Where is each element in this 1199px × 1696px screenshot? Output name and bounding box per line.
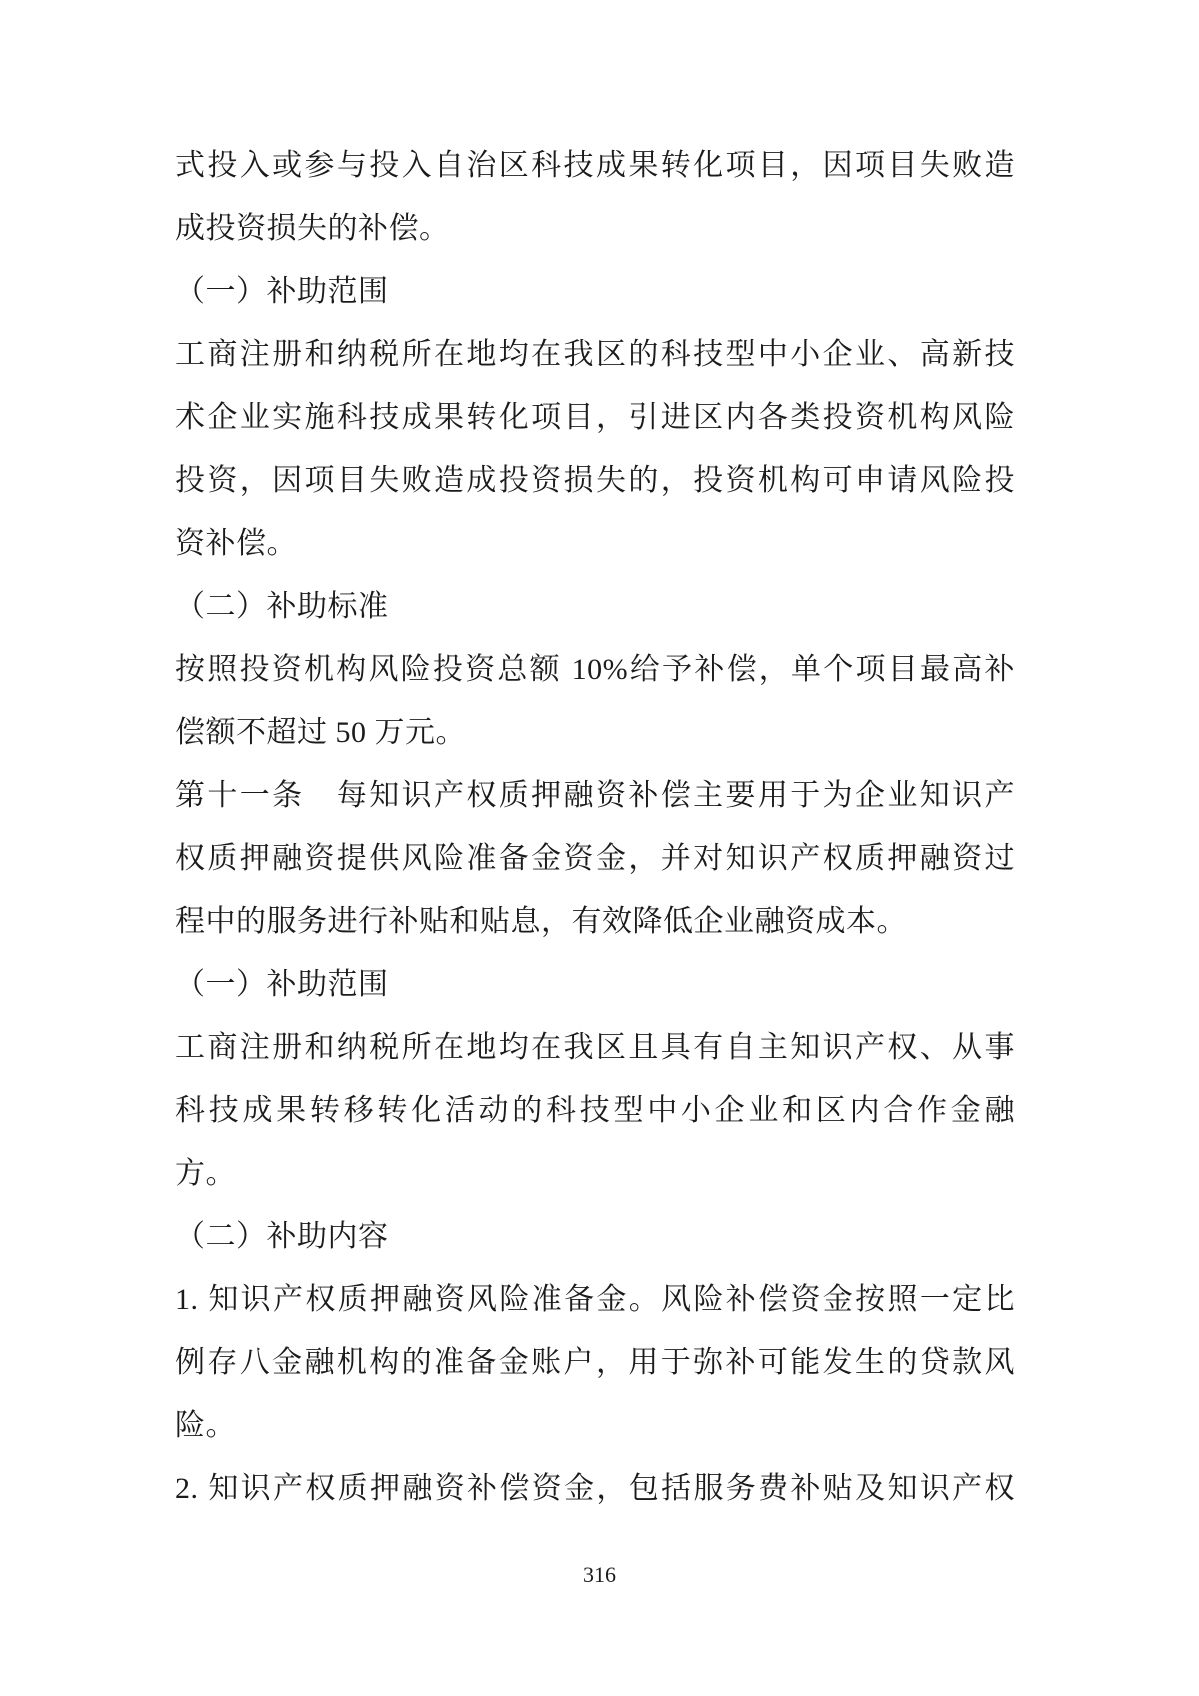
text-line: 工商注册和纳税所在地均在我区的科技型中小企业、高新技 [175, 323, 1015, 386]
text-line: 工商注册和纳税所在地均在我区且具有自主知识产权、从事 [175, 1016, 1015, 1079]
text-line: 1. 知识产权质押融资风险准备金。风险补偿资金按照一定比 [175, 1268, 1015, 1331]
text-line: 术企业实施科技成果转化项目，引进区内各类投资机构风险 [175, 386, 1015, 449]
text-line: （二）补助标准 [175, 575, 1015, 638]
text-line: 式投入或参与投入自治区科技成果转化项目，因项目失败造 [175, 134, 1015, 197]
text-line: 程中的服务进行补贴和贴息，有效降低企业融资成本。 [175, 890, 1015, 953]
text-line: 例存八金融机构的准备金账户，用于弥补可能发生的贷款风 [175, 1331, 1015, 1394]
text-line: （二）补助内容 [175, 1205, 1015, 1268]
text-line: 投资，因项目失败造成投资损失的，投资机构可申请风险投 [175, 449, 1015, 512]
page-number: 316 [0, 1562, 1199, 1588]
text-line: 偿额不超过 50 万元。 [175, 701, 1015, 764]
text-line: 险。 [175, 1394, 1015, 1457]
text-line: 科技成果转移转化活动的科技型中小企业和区内合作金融 [175, 1079, 1015, 1142]
text-line: 方。 [175, 1142, 1015, 1205]
text-line: 权质押融资提供风险准备金资金，并对知识产权质押融资过 [175, 827, 1015, 890]
text-line: 成投资损失的补偿。 [175, 197, 1015, 260]
text-line: 2. 知识产权质押融资补偿资金，包括服务费补贴及知识产权 [175, 1457, 1015, 1520]
text-block: 式投入或参与投入自治区科技成果转化项目，因项目失败造 成投资损失的补偿。 （一）… [175, 134, 1015, 1520]
text-line: 资补偿。 [175, 512, 1015, 575]
document-page: 式投入或参与投入自治区科技成果转化项目，因项目失败造 成投资损失的补偿。 （一）… [0, 0, 1199, 1696]
text-line: （一）补助范围 [175, 260, 1015, 323]
text-line: 按照投资机构风险投资总额 10%给予补偿，单个项目最高补 [175, 638, 1015, 701]
text-line: （一）补助范围 [175, 953, 1015, 1016]
text-line: 第十一条 每知识产权质押融资补偿主要用于为企业知识产 [175, 764, 1015, 827]
